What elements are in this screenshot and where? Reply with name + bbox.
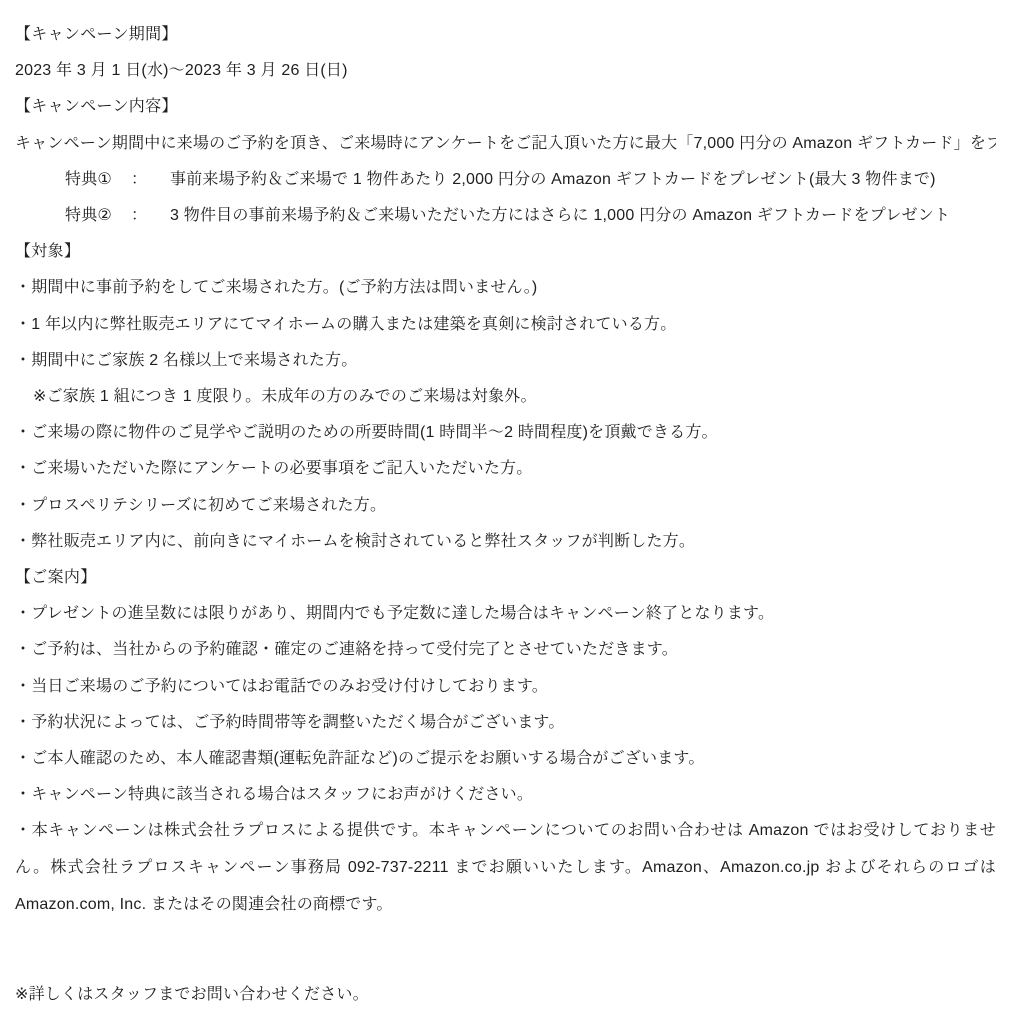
- benefit-item-1: 特典① ： 事前来場予約＆ご来場で 1 物件あたり 2,000 円分の Amaz…: [15, 162, 996, 198]
- guide-item: ・キャンペーン特典に該当される場合はスタッフにお声がけください。: [15, 777, 996, 813]
- guide-item: ・ご本人確認のため、本人確認書類(運転免許証など)のご提示をお願いする場合がござ…: [15, 741, 996, 777]
- benefit-2-text: 3 物件目の事前来場予約＆ご来場いただいた方にはさらに 1,000 円分の Am…: [170, 198, 996, 234]
- campaign-period-dates: 2023 年 3 月 1 日(水)～2023 年 3 月 26 日(日): [15, 53, 996, 89]
- target-item: ・期間中に事前予約をしてご来場された方。(ご予約方法は問いません。): [15, 270, 996, 306]
- provider-paragraph: ・本キャンペーンは株式会社ラプロスによる提供です。本キャンペーンについてのお問い…: [15, 813, 996, 923]
- section-heading-target: 【対象】: [15, 234, 996, 270]
- target-item: ・1 年以内に弊社販売エリアにてマイホームの購入または建築を真剣に検討されている…: [15, 307, 996, 343]
- benefit-1-label: 特典①: [65, 162, 131, 198]
- guide-item: ・予約状況によっては、ご予約時間帯等を調整いただく場合がございます。: [15, 705, 996, 741]
- benefit-item-2: 特典② ： 3 物件目の事前来場予約＆ご来場いただいた方にはさらに 1,000 …: [15, 198, 996, 234]
- guide-item: ・ご予約は、当社からの予約確認・確定のご連絡を持って受付完了とさせていただきます…: [15, 632, 996, 668]
- campaign-intro: キャンペーン期間中に来場のご予約を頂き、ご来場時にアンケートをご記入頂いた方に最…: [15, 126, 996, 162]
- target-item: ・期間中にご家族 2 名様以上で来場された方。: [15, 343, 996, 379]
- guide-item: ・プレゼントの進呈数には限りがあり、期間内でも予定数に達した場合はキャンペーン終…: [15, 596, 996, 632]
- footer-note: ※詳しくはスタッフまでお問い合わせください。: [15, 977, 996, 1013]
- target-item: ・プロスペリテシリーズに初めてご来場された方。: [15, 488, 996, 524]
- target-note: ※ご家族 1 組につき 1 度限り。未成年の方のみでのご来場は対象外。: [15, 379, 996, 415]
- benefit-2-label: 特典②: [65, 198, 131, 234]
- campaign-document: 【キャンペーン期間】 2023 年 3 月 1 日(水)～2023 年 3 月 …: [0, 0, 1010, 1024]
- section-heading-period: 【キャンペーン期間】: [15, 17, 996, 53]
- benefit-1-colon: ：: [131, 162, 170, 198]
- target-item: ・弊社販売エリア内に、前向きにマイホームを検討されていると弊社スタッフが判断した…: [15, 524, 996, 560]
- section-heading-content: 【キャンペーン内容】: [15, 89, 996, 125]
- benefit-1-text: 事前来場予約＆ご来場で 1 物件あたり 2,000 円分の Amazon ギフト…: [170, 162, 996, 198]
- benefit-2-colon: ：: [131, 198, 170, 234]
- guide-item: ・当日ご来場のご予約についてはお電話でのみお受け付けしております。: [15, 669, 996, 705]
- target-item: ・ご来場の際に物件のご見学やご説明のための所要時間(1 時間半～2 時間程度)を…: [15, 415, 996, 451]
- blank-space: [15, 923, 996, 977]
- target-item: ・ご来場いただいた際にアンケートの必要事項をご記入いただいた方。: [15, 451, 996, 487]
- section-heading-guide: 【ご案内】: [15, 560, 996, 596]
